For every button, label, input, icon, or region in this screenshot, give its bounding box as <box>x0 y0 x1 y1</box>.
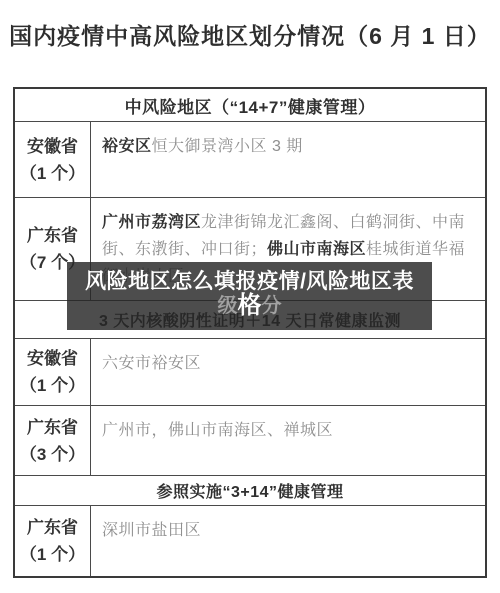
table-row: 广东省 （3 个） 广州市，佛山市南海区、禅城区 <box>15 405 485 475</box>
province-count: （1 个） <box>20 160 85 187</box>
overlay-ghost-char-right: 分 <box>262 295 282 317</box>
screenshot-root: 国内疫情中高风险地区划分情况（6 月 1 日） 中风险地区（“14+7”健康管理… <box>0 0 500 593</box>
province-cell: 安徽省 （1 个） <box>15 339 91 405</box>
region-detail-bold: 广州市荔湾区 <box>102 214 201 231</box>
overlay-title-line1: 风险地区怎么填报疫情/风险地区表 <box>67 270 432 294</box>
overlay-title-line2-main: 格 <box>238 292 262 319</box>
province-name: 广东省 <box>27 414 78 441</box>
province-count: （1 个） <box>20 541 85 568</box>
risk-area-table: 中风险地区（“14+7”健康管理） 安徽省 （1 个） 裕安区恒大御景湾小区 3… <box>13 87 487 578</box>
province-count: （1 个） <box>20 372 85 399</box>
overlay-title-line2: 级格分 <box>67 293 432 319</box>
region-detail-bold: 裕安区 <box>102 138 152 155</box>
table-row: 安徽省 （1 个） 裕安区恒大御景湾小区 3 期 <box>15 121 485 197</box>
region-detail-text: 深圳市盐田区 <box>102 522 201 539</box>
province-cell: 安徽省 （1 个） <box>15 122 91 197</box>
province-cell: 广东省 （1 个） <box>15 506 91 576</box>
section-header-label: 参照实施“3+14”健康管理 <box>156 479 343 502</box>
page-title: 国内疫情中高风险地区划分情况（6 月 1 日） <box>0 18 500 51</box>
region-detail-text: 六安市裕安区 <box>102 355 201 372</box>
region-detail-bold: 佛山市南海区 <box>267 241 366 258</box>
region-detail-cell: 广州市，佛山市南海区、禅城区 <box>91 406 485 475</box>
table-row: 安徽省 （1 个） 六安市裕安区 <box>15 338 485 405</box>
region-detail-text: 广州市，佛山市南海区、禅城区 <box>102 422 333 439</box>
region-detail-cell: 深圳市盐田区 <box>91 506 485 576</box>
province-name: 安徽省 <box>27 345 78 372</box>
province-name: 广东省 <box>27 222 78 249</box>
section-header-medium-risk: 中风险地区（“14+7”健康管理） <box>15 89 485 121</box>
overlay-ghost-char-left: 级 <box>218 295 238 317</box>
province-cell: 广东省 （3 个） <box>15 406 91 475</box>
province-name: 广东省 <box>27 514 78 541</box>
province-name: 安徽省 <box>27 133 78 160</box>
section-header-reference: 参照实施“3+14”健康管理 <box>15 475 485 505</box>
province-count: （3 个） <box>20 441 85 468</box>
table-row: 广东省 （1 个） 深圳市盐田区 <box>15 505 485 576</box>
section-header-label: 中风险地区（“14+7”健康管理） <box>125 93 376 118</box>
article-title-overlay: 风险地区怎么填报疫情/风险地区表 级格分 <box>67 262 432 330</box>
region-detail-text: 恒大御景湾小区 3 期 <box>152 138 303 155</box>
region-detail-cell: 裕安区恒大御景湾小区 3 期 <box>91 122 485 197</box>
region-detail-cell: 六安市裕安区 <box>91 339 485 405</box>
